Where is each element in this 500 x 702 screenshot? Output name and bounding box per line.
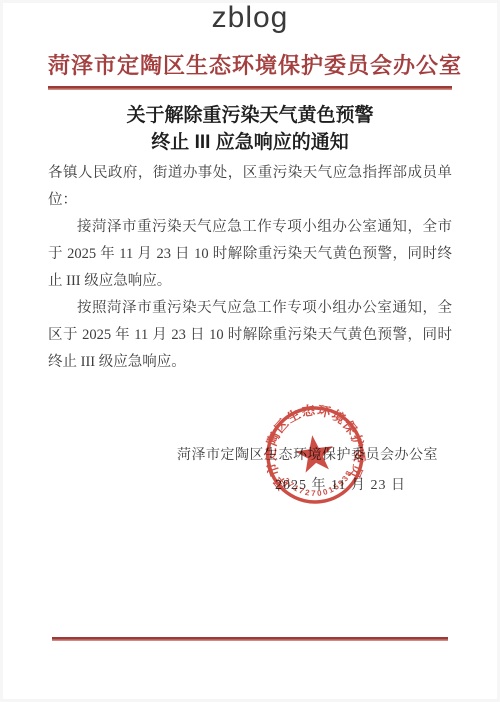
paragraph: 按照菏泽市重污染天气应急工作专项小组办公室通知，全区于 2025 年 11 月 … bbox=[48, 295, 452, 376]
salutation: 各镇人民政府，街道办事处，区重污染天气应急指挥部成员单位： bbox=[48, 160, 452, 214]
stamp-ring-text: 菏泽市定陶区生态环境保护委员会 bbox=[230, 370, 371, 500]
svg-text:菏泽市定陶区生态环境保护委员会: 菏泽市定陶区生态环境保护委员会 bbox=[230, 370, 371, 500]
signature-area: 菏泽市定陶区生态环境保护委员会办公室 2025 年 11 月 23 日 菏泽市定… bbox=[48, 376, 452, 604]
footer-rule bbox=[52, 637, 448, 641]
official-seal-stamp: 菏泽市定陶区生态环境保护委员会 3717270015538 bbox=[230, 370, 400, 540]
star-icon bbox=[293, 433, 336, 474]
site-logo[interactable]: zblog bbox=[212, 1, 289, 35]
header-rule bbox=[48, 86, 452, 90]
site-header: zblog bbox=[0, 0, 500, 35]
paragraph: 接菏泽市重污染天气应急工作专项小组办公室通知，全市于 2025 年 11 月 2… bbox=[48, 214, 452, 295]
document-title: 关于解除重污染天气黄色预警 终止 III 应急响应的通知 bbox=[48, 102, 452, 156]
document-text: 各镇人民政府，街道办事处，区重污染天气应急指挥部成员单位： 接菏泽市重污染天气应… bbox=[48, 160, 452, 376]
document-title-line2: 终止 III 应急响应的通知 bbox=[48, 129, 452, 156]
page: zblog 菏泽市定陶区生态环境保护委员会办公室 关于解除重污染天气黄色预警 终… bbox=[0, 0, 500, 702]
org-header: 菏泽市定陶区生态环境保护委员会办公室 bbox=[48, 53, 452, 79]
document-title-line1: 关于解除重污染天气黄色预警 bbox=[48, 102, 452, 129]
document-body: 菏泽市定陶区生态环境保护委员会办公室 关于解除重污染天气黄色预警 终止 III … bbox=[48, 53, 452, 641]
